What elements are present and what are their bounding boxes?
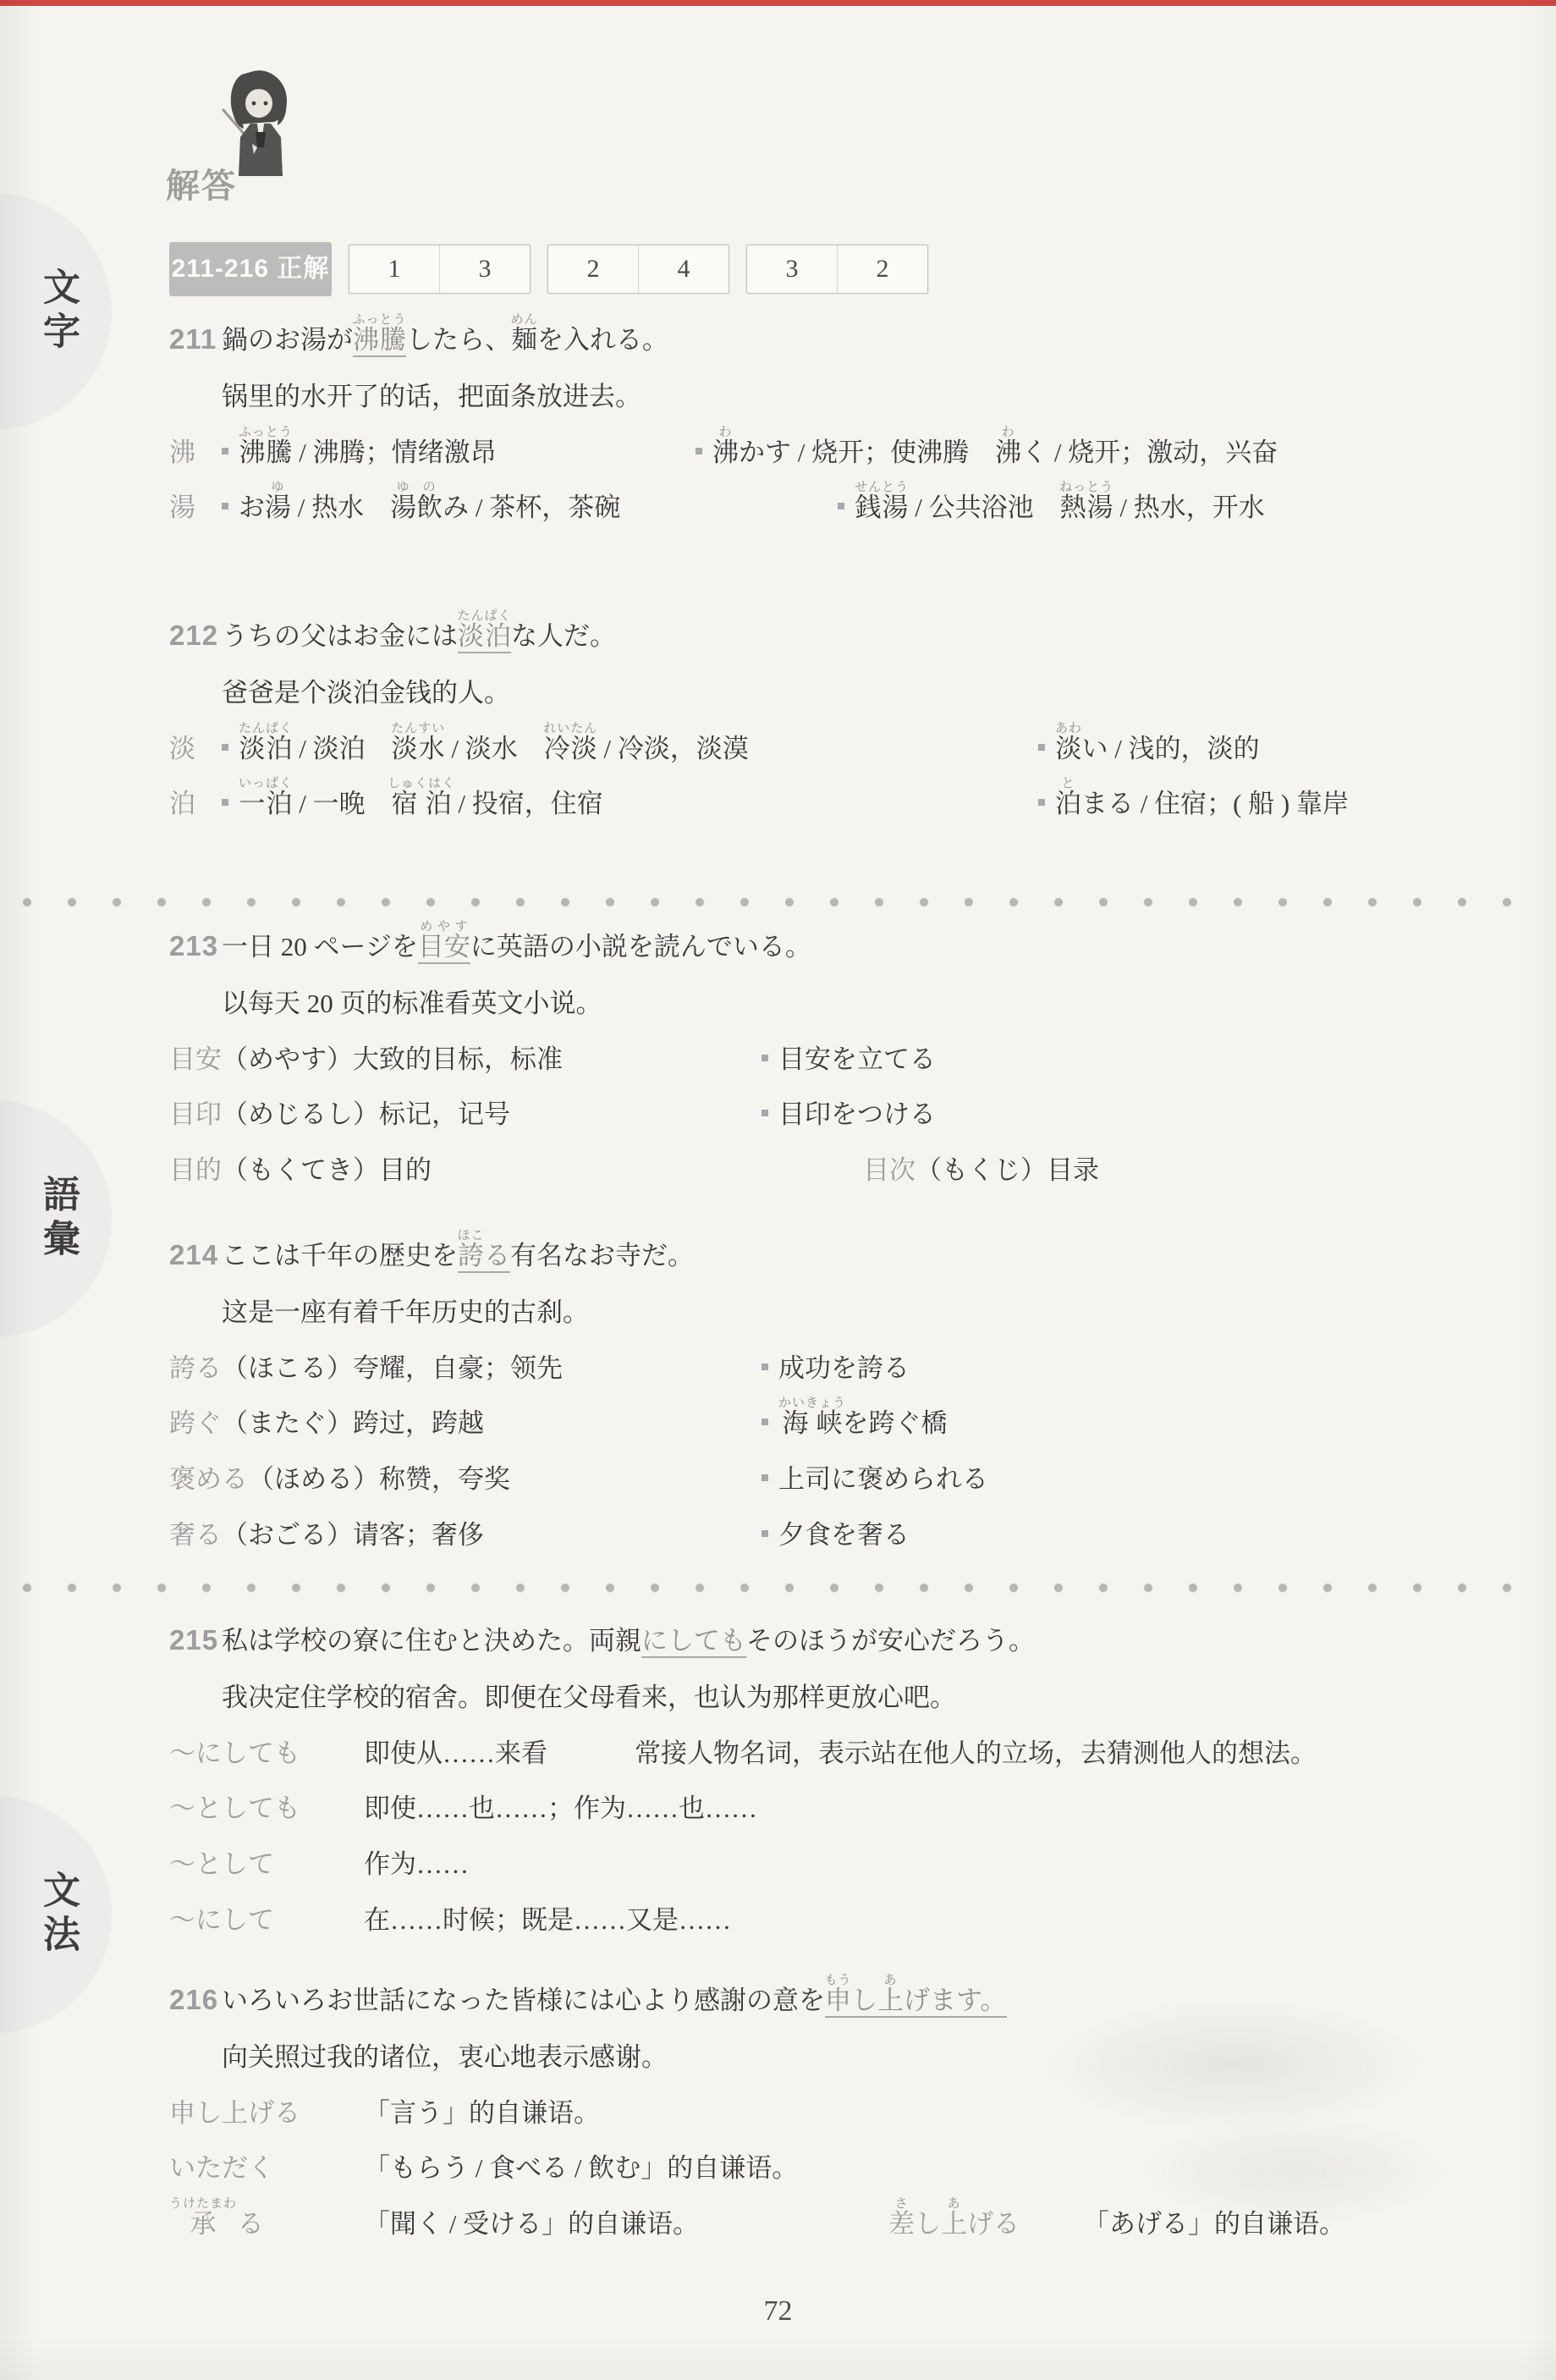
- text-segment: 即使从……来看: [364, 1738, 547, 1768]
- question-number: 213: [169, 917, 222, 976]
- ruby-term: 淡泊たんぱく: [458, 621, 511, 653]
- text-segment: 目安を立てる: [778, 1044, 936, 1074]
- vocab-row: 目安（めやす）大致的目标，标准目安を立てる: [169, 1032, 1522, 1088]
- page-number: 72: [0, 2295, 1556, 2328]
- text-segment: かす / 烧开；使沸腾: [739, 438, 995, 467]
- ruby-term: 淡泊たんぱく: [239, 734, 293, 763]
- sentence-chinese: 向关照过我的诸位，衷心地表示感谢。: [169, 2030, 1522, 2085]
- vocab-col: 「あげる」的自谦语。: [1083, 2196, 1345, 2252]
- vocab-col: 目安を立てる: [762, 1032, 936, 1088]
- vocab-row: 奢る（おごる）请客；奢侈夕食を奢る: [169, 1507, 1522, 1563]
- ruby-term: 承うけたまわ: [169, 2209, 231, 2239]
- text-segment: 湯: [169, 493, 195, 522]
- ruby-term: 冷淡れいたん: [544, 734, 597, 763]
- text-segment: （もくじ）目录: [915, 1155, 1099, 1185]
- text-segment: 泊: [169, 789, 195, 818]
- ruby-term: 熱湯ねっとう: [1060, 493, 1113, 522]
- answer-box: 32: [746, 245, 928, 294]
- vocab-col: 銭湯せんとう / 公共浴池 熱湯ねっとう / 热水，开水: [838, 480, 1265, 536]
- text-segment: 有名なお寺だ。: [510, 1241, 694, 1270]
- vocab-row: 目印（めじるし）标记，记号目印をつける: [169, 1087, 1522, 1143]
- text-segment: / 沸腾；情绪激昂: [293, 438, 497, 467]
- ruby-term: 淡あわ: [1055, 734, 1082, 763]
- vocab-col: 上司に褒められる: [762, 1452, 988, 1507]
- key-term: にしても: [641, 1626, 746, 1658]
- sentence-chinese: 以每天 20 页的标准看英文小说。: [169, 976, 1522, 1032]
- text-segment: を跨ぐ橋: [843, 1408, 948, 1438]
- text-segment: 上司に褒められる: [778, 1464, 988, 1494]
- vocab-col: 誇る（ほこる）夸耀，自豪；领先: [169, 1341, 762, 1397]
- text-segment: 私は学校の寮に住むと決めた。両親: [222, 1626, 641, 1656]
- dotted-divider: [22, 897, 1534, 907]
- text-segment: 跨ぐ: [169, 1408, 222, 1438]
- text-segment: いろいろお世話になった皆様には心より感謝の意を: [222, 1986, 825, 2015]
- vocab-col: 淡あわい / 浅的，淡的: [1038, 721, 1260, 777]
- sentence-chinese: 这是一座有着千年历史的古刹。: [169, 1285, 1522, 1341]
- vocab-row: ～にして在……时候；既是……又是……: [169, 1892, 1522, 1948]
- vocab-col: 一泊いっぱく / 一晚 宿泊しゅくはく / 投宿，住宿: [222, 776, 1038, 832]
- text-segment: 成功を誇る: [778, 1353, 910, 1383]
- ruby-term: 宿泊しゅくはく: [392, 789, 452, 818]
- sidebar-tab-label: 語彙: [30, 1175, 85, 1263]
- question-number: 214: [169, 1226, 222, 1285]
- vocab-col: 泊: [169, 776, 222, 832]
- text-segment: ～としても: [169, 1793, 300, 1823]
- section-215: 215私は学校の寮に住むと決めた。両親にしてもそのほうが安心だろう。我决定住学校…: [169, 1611, 1522, 1948]
- text-segment: 即使……也……；作为……也……: [364, 1793, 757, 1823]
- vocab-col: 湯: [169, 480, 222, 536]
- bullet-icon: [762, 1110, 768, 1116]
- sentence-chinese: 爸爸是个淡泊金钱的人。: [169, 665, 1522, 721]
- ruby-term: 麺めん: [511, 325, 537, 355]
- section-213: 213一日 20 ページを目安めやすに英語の小説を読んでいる。以每天 20 页的…: [169, 917, 1522, 1198]
- vocab-col: 「聞く / 受ける」的自谦语。: [364, 2196, 888, 2252]
- ruby-term: 申もう: [825, 1986, 851, 2018]
- vocab-col: 沸わかす / 烧开；使沸腾 沸わく / 烧开；激动，兴奋: [696, 425, 1278, 481]
- answer-box: 13: [349, 245, 531, 294]
- vocab-row: 目的（もくてき）目的目次（もくじ）目录: [169, 1143, 1522, 1198]
- answer-value: 1: [349, 245, 439, 293]
- text-segment: 常接人物名词，表示站在他人的立场，去猜测他人的想法。: [635, 1738, 1317, 1768]
- text-segment: 淡: [169, 734, 195, 763]
- text-segment: 目安: [169, 1044, 222, 1074]
- sentence-chinese: 我决定住学校的宿舍。即便在父母看来，也认为那样更放心吧。: [169, 1670, 1522, 1726]
- vocab-col: 作为……: [364, 1837, 469, 1892]
- vocab-row: いただく「もらう / 食べる / 飲む」的自谦语。: [169, 2140, 1522, 2196]
- text-segment: く / 烧开；激动，兴奋: [1021, 438, 1278, 467]
- vocab-row: ～にしても即使从……来看常接人物名词，表示站在他人的立场，去猜测他人的想法。: [169, 1726, 1522, 1782]
- text-segment: お: [239, 493, 265, 522]
- sentence-japanese: 214ここは千年の歴史を誇ほこる有名なお寺だ。: [169, 1226, 1522, 1285]
- answer-key-title: 211-216 正解: [169, 242, 332, 296]
- vocab-col: 常接人物名词，表示站在他人的立场，去猜测他人的想法。: [635, 1726, 1317, 1782]
- teacher-girl-illustration: [218, 66, 303, 193]
- text-segment: 目印: [169, 1099, 222, 1129]
- text-segment: ～にして: [169, 1905, 274, 1935]
- answer-key-row: 211-216 正解 132432: [169, 241, 945, 297]
- key-term: し: [851, 1986, 877, 2018]
- text-segment: うちの父はお金には: [222, 621, 458, 651]
- bullet-icon: [762, 1055, 768, 1061]
- text-segment: 申し上げる: [169, 2098, 300, 2128]
- text-segment: 夕食を奢る: [778, 1520, 910, 1550]
- text-segment: げる: [967, 2209, 1020, 2239]
- sentence-japanese: 211鍋のお湯が沸騰ふっとうしたら、麺めんを入れる。: [169, 310, 1522, 369]
- question-number: 211: [169, 310, 222, 369]
- bullet-icon: [222, 744, 228, 751]
- bullet-icon: [838, 503, 844, 510]
- text-segment: 目次: [863, 1155, 915, 1185]
- sentence-japanese: 213一日 20 ページを目安めやすに英語の小説を読んでいる。: [169, 917, 1522, 976]
- text-segment: ここは千年の歴史を: [222, 1241, 458, 1270]
- ruby-term: 差さ: [888, 2209, 915, 2239]
- vocab-col: 目安（めやす）大致的目标，标准: [169, 1032, 762, 1088]
- text-segment: （めじるし）标记，记号: [222, 1099, 510, 1129]
- vocab-col: 差さし上あげる: [888, 2196, 1083, 2252]
- vocab-col: 在……时候；既是……又是……: [364, 1892, 731, 1948]
- ruby-term: 海峡かいきょう: [778, 1408, 843, 1438]
- text-segment: 沸: [169, 438, 195, 467]
- answer-value: 4: [638, 245, 729, 293]
- ruby-term: 銭湯せんとう: [855, 493, 909, 522]
- vocab-col: いただく: [169, 2140, 364, 2196]
- vocab-col: 淡泊たんぱく / 淡泊 淡水たんすい / 淡水 冷淡れいたん / 冷淡，淡漠: [222, 721, 1038, 777]
- text-segment: 誇る: [169, 1353, 222, 1383]
- text-segment: 目印をつける: [778, 1099, 936, 1129]
- text-segment: 「あげる」的自谦语。: [1083, 2209, 1345, 2239]
- vocab-col: 跨ぐ（またぐ）跨过，跨越: [169, 1396, 762, 1452]
- text-segment: （めやす）大致的目标，标准: [222, 1044, 563, 1074]
- bullet-icon: [762, 1530, 768, 1537]
- sentence-chinese: 锅里的水开了的话，把面条放进去。: [169, 369, 1522, 425]
- section-216: 216いろいろお世話になった皆様には心より感謝の意を申もうし上あげます。向关照过…: [169, 1970, 1522, 2252]
- bullet-icon: [222, 448, 228, 455]
- sidebar-tab-bunpo: 文法: [0, 1796, 135, 2033]
- text-segment: い / 浅的，淡的: [1082, 734, 1260, 763]
- text-segment: （おごる）请客；奢侈: [222, 1520, 484, 1550]
- ruby-term: 泊と: [1055, 789, 1081, 818]
- vocab-col: ～としても: [169, 1781, 364, 1837]
- answer-box: 24: [547, 245, 729, 294]
- text-segment: ～にしても: [169, 1738, 300, 1768]
- vocab-row: 申し上げる「言う」的自谦语。: [169, 2085, 1522, 2141]
- vocab-col: 目的（もくてき）目的: [169, 1143, 762, 1198]
- vocab-row: 沸沸騰ふっとう / 沸腾；情绪激昂沸わかす / 烧开；使沸腾 沸わく / 烧开；…: [169, 425, 1522, 481]
- sidebar-tab-label: 文字: [30, 267, 85, 355]
- answer-key-cells: 132432: [349, 245, 945, 294]
- vocab-row: 跨ぐ（またぐ）跨过，跨越海峡かいきょうを跨ぐ橋: [169, 1396, 1522, 1452]
- vocab-col: 目印（めじるし）标记，记号: [169, 1087, 762, 1143]
- ruby-term: 沸わ: [712, 438, 739, 467]
- vocab-row: ～として作为……: [169, 1837, 1522, 1892]
- text-segment: / 淡泊: [293, 734, 392, 763]
- ruby-term: 上あ: [941, 2209, 967, 2239]
- text-segment: み / 茶杯，茶碗: [443, 493, 620, 522]
- sentence-japanese: 216いろいろお世話になった皆様には心より感謝の意を申もうし上あげます。: [169, 1970, 1522, 2030]
- vocab-col: 申し上げる: [169, 2085, 364, 2141]
- text-segment: な人だ。: [511, 621, 616, 651]
- vocab-row: 湯お湯ゆ / 热水 湯飲ゆのみ / 茶杯，茶碗銭湯せんとう / 公共浴池 熱湯ね…: [169, 480, 1522, 536]
- question-number: 216: [169, 1970, 222, 2030]
- vocab-row: 誇る（ほこる）夸耀，自豪；领先成功を誇る: [169, 1341, 1522, 1397]
- vocab-col: お湯ゆ / 热水 湯飲ゆのみ / 茶杯，茶碗: [222, 480, 838, 536]
- vocab-col: 「もらう / 食べる / 飲む」的自谦语。: [364, 2140, 798, 2196]
- sidebar-tab-goi: 語彙: [0, 1100, 135, 1337]
- dotted-divider: [22, 1583, 1534, 1593]
- ruby-term: 沸わ: [995, 438, 1021, 467]
- text-segment: し: [915, 2209, 941, 2239]
- ruby-term: 沸騰ふっとう: [353, 325, 406, 357]
- vocab-row: 淡淡泊たんぱく / 淡泊 淡水たんすい / 淡水 冷淡れいたん / 冷淡，淡漠淡…: [169, 721, 1522, 777]
- text-segment: 一日 20 ページを: [222, 932, 418, 961]
- sentence-japanese: 215私は学校の寮に住むと決めた。両親にしてもそのほうが安心だろう。: [169, 1611, 1522, 1670]
- section-211: 211鍋のお湯が沸騰ふっとうしたら、麺めんを入れる。锅里的水开了的话，把面条放进…: [169, 310, 1522, 536]
- key-term: る: [484, 1241, 510, 1273]
- ruby-term: 湯飲ゆの: [390, 493, 443, 522]
- text-segment: まる / 住宿；( 船 ) 靠岸: [1081, 789, 1349, 818]
- text-segment: 鍋のお湯が: [222, 325, 353, 355]
- text-segment: そのほうが安心だろう。: [746, 1626, 1035, 1656]
- ruby-term: 沸騰ふっとう: [239, 438, 293, 467]
- vocab-col: 泊とまる / 住宿；( 船 ) 靠岸: [1038, 776, 1349, 832]
- text-segment: （ほこる）夸耀，自豪；领先: [222, 1353, 563, 1383]
- vocab-col: ～にして: [169, 1892, 364, 1948]
- text-segment: 「聞く / 受ける」的自谦语。: [364, 2209, 699, 2239]
- vocab-col: 淡: [169, 721, 222, 777]
- vocab-col: ～にしても: [169, 1726, 364, 1782]
- bullet-icon: [762, 1419, 768, 1425]
- text-segment: / 一晚: [293, 789, 392, 818]
- vocab-col: 承うけたまわ る: [169, 2196, 364, 2252]
- bullet-icon: [762, 1364, 768, 1370]
- text-segment: 目的: [169, 1155, 222, 1185]
- answer-value: 3: [747, 245, 837, 293]
- ruby-term: 上あ: [877, 1986, 904, 2018]
- text-segment: / 热水: [291, 493, 390, 522]
- text-segment: （ほめる）称赞，夸奖: [248, 1464, 510, 1494]
- ruby-term: 目安めやす: [418, 932, 470, 964]
- text-segment: ～として: [169, 1849, 274, 1879]
- bullet-icon: [222, 799, 228, 806]
- vocab-col: ～として: [169, 1837, 364, 1892]
- text-segment: 奢る: [169, 1520, 222, 1550]
- ruby-term: 湯ゆ: [265, 493, 291, 522]
- vocab-col: 夕食を奢る: [762, 1507, 910, 1563]
- question-number: 212: [169, 606, 222, 665]
- text-segment: に英語の小説を読んでいる。: [470, 932, 811, 961]
- text-segment: / 热水，开水: [1113, 493, 1265, 522]
- text-segment: / 冷淡，淡漠: [597, 734, 749, 763]
- vocab-row: 承うけたまわ る「聞く / 受ける」的自谦语。差さし上あげる「あげる」的自谦语。: [169, 2196, 1522, 2252]
- text-segment: を入れる。: [537, 325, 668, 355]
- text-segment: / 淡水: [445, 734, 544, 763]
- vocab-row: ～としても即使……也……；作为……也……: [169, 1781, 1522, 1837]
- text-segment: 在……时候；既是……又是……: [364, 1905, 731, 1935]
- vocab-col: 目印をつける: [762, 1087, 936, 1143]
- sidebar-tab-moji: 文字: [0, 193, 135, 430]
- text-segment: 「もらう / 食べる / 飲む」的自谦语。: [364, 2153, 798, 2183]
- ruby-term: 誇ほこ: [458, 1241, 484, 1273]
- vocab-col: 沸騰ふっとう / 沸腾；情绪激昂: [222, 425, 696, 481]
- text-segment: （もくてき）目的: [222, 1155, 432, 1185]
- text-segment: したら、: [406, 325, 511, 355]
- sentence-japanese: 212うちの父はお金には淡泊たんぱくな人だ。: [169, 606, 1522, 665]
- sidebar-tab-label: 文法: [30, 1870, 85, 1959]
- answer-value: 2: [548, 245, 638, 293]
- bullet-icon: [1038, 799, 1045, 806]
- text-segment: / 公共浴池: [909, 493, 1060, 522]
- vocab-col: 成功を誇る: [762, 1341, 910, 1397]
- text-segment: 褒める: [169, 1464, 248, 1494]
- bullet-icon: [222, 503, 228, 510]
- text-segment: 「言う」的自谦语。: [364, 2098, 600, 2128]
- vocab-col: 目次（もくじ）目录: [863, 1143, 1099, 1198]
- vocab-col: 奢る（おごる）请客；奢侈: [169, 1507, 762, 1563]
- textbook-answer-page: 文字 語彙 文法 解答 211-216 正解 132432 211鍋のお湯が沸騰…: [0, 0, 1556, 2380]
- text-segment: る: [231, 2209, 264, 2239]
- answer-value: 2: [837, 245, 927, 293]
- text-segment: 作为……: [364, 1849, 469, 1879]
- bullet-icon: [762, 1474, 768, 1481]
- question-number: 215: [169, 1611, 222, 1670]
- bullet-icon: [696, 448, 702, 455]
- answer-value: 3: [439, 245, 530, 293]
- key-term: げます。: [904, 1986, 1007, 2018]
- vocab-col: 「言う」的自谦语。: [364, 2085, 600, 2141]
- vocab-row: 褒める（ほめる）称赞，夸奖上司に褒められる: [169, 1452, 1522, 1507]
- vocab-col: 海峡かいきょうを跨ぐ橋: [762, 1396, 948, 1452]
- ruby-term: 一泊いっぱく: [239, 789, 293, 818]
- bullet-icon: [1038, 744, 1045, 751]
- page-top-edge: [0, 0, 1556, 6]
- section-214: 214ここは千年の歴史を誇ほこる有名なお寺だ。这是一座有着千年历史的古刹。誇る（…: [169, 1226, 1522, 1563]
- text-segment: / 投宿，住宿: [452, 789, 603, 818]
- ruby-term: 淡水たんすい: [392, 734, 445, 763]
- vocab-col: 即使从……来看: [364, 1726, 635, 1782]
- text-segment: （またぐ）跨过，跨越: [222, 1408, 484, 1438]
- vocab-col: 即使……也……；作为……也……: [364, 1781, 757, 1837]
- text-segment: いただく: [169, 2153, 274, 2183]
- vocab-col: 褒める（ほめる）称赞，夸奖: [169, 1452, 762, 1507]
- section-212: 212うちの父はお金には淡泊たんぱくな人だ。爸爸是个淡泊金钱的人。淡淡泊たんぱく…: [169, 606, 1522, 832]
- vocab-col: 沸: [169, 425, 222, 481]
- vocab-row: 泊一泊いっぱく / 一晚 宿泊しゅくはく / 投宿，住宿泊とまる / 住宿；( …: [169, 776, 1522, 832]
